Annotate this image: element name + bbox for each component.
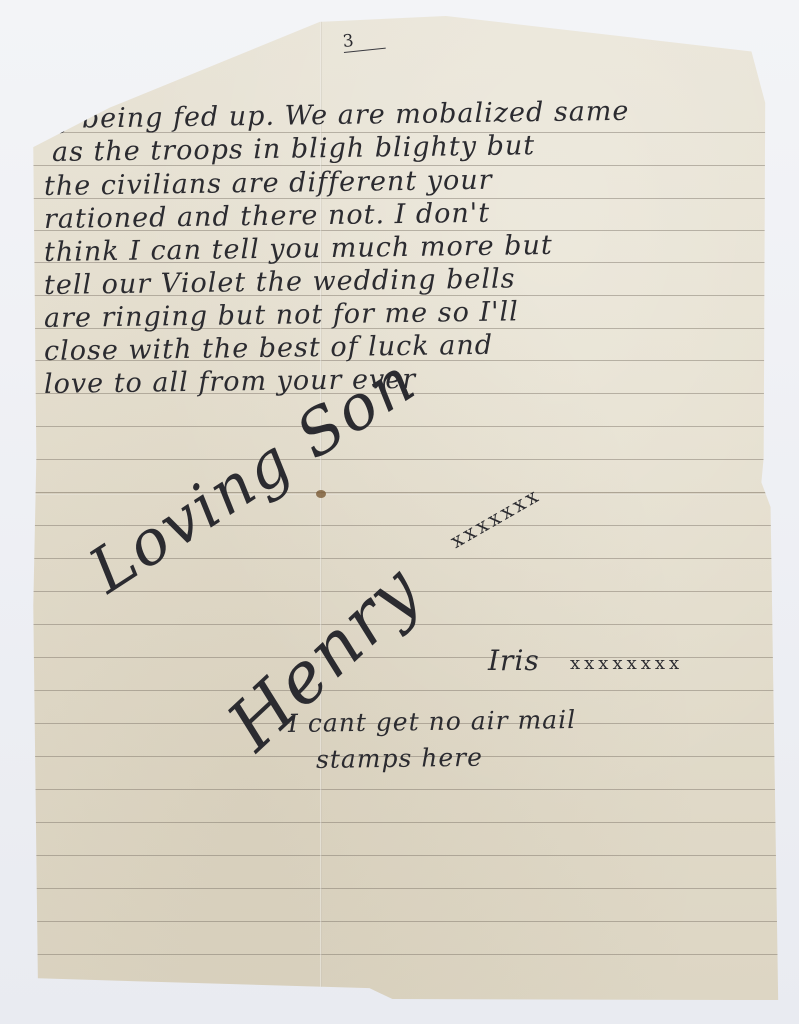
letter-line-2: as the troops in bligh blighty but [52, 130, 536, 168]
letter-line-6: tell our Violet the wedding bells [44, 263, 516, 301]
letter-line-4: rationed and there not. I don't [44, 198, 491, 235]
ruled-line [18, 822, 782, 823]
page-number: 3 [342, 28, 386, 53]
ruled-line [18, 789, 782, 790]
letter-page: 3 of being fed up. We are mobalized same… [18, 14, 782, 1000]
letter-line-7: are ringing but not for me so I'll [44, 296, 519, 334]
postscript-line-1: I cant get no air mail [288, 705, 577, 738]
ruled-line [18, 855, 782, 856]
letter-line-1: of being fed up. We are mobalized same [44, 96, 630, 135]
ruled-line [18, 888, 782, 889]
signature-kisses-iris: xxxxxxxx [570, 653, 683, 674]
letter-line-3: the civilians are different your [44, 165, 493, 202]
ruled-line [18, 459, 782, 460]
ruled-line [18, 954, 782, 955]
ruled-line [18, 690, 782, 691]
paper-stain [316, 490, 326, 498]
horizontal-fold-crease [18, 492, 782, 495]
signature-iris: Iris [488, 644, 540, 677]
postscript-line-2: stamps here [316, 743, 483, 774]
ruled-line [18, 426, 782, 427]
letter-line-8: close with the best of luck and [44, 330, 493, 367]
ruled-line [18, 921, 782, 922]
